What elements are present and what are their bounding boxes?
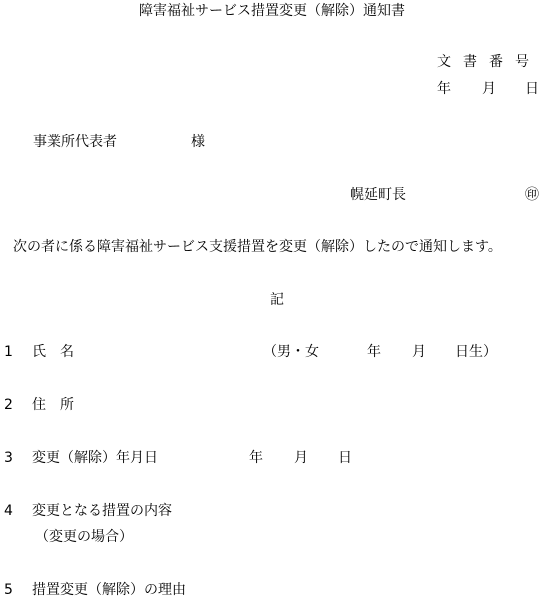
date-year-label: 年 xyxy=(437,82,451,96)
body-text: 次の者に係る障害福祉サービス支援措置を変更（解除）したので通知します。 xyxy=(13,240,502,254)
gender-field: （男・女 xyxy=(263,345,319,359)
item-number: 4 xyxy=(4,504,13,518)
item-label: 変更となる措置の内容 xyxy=(32,504,172,518)
change-day-label: 日 xyxy=(338,451,352,465)
birth-day-label: 日生） xyxy=(455,345,497,359)
item-label: 変更（解除）年月日 xyxy=(32,451,158,465)
date-month-label: 月 xyxy=(482,82,496,96)
item-label: 措置変更（解除）の理由 xyxy=(32,583,186,597)
item-number: 5 xyxy=(4,583,13,597)
change-month-label: 月 xyxy=(294,451,308,465)
item-number: 2 xyxy=(4,398,13,412)
birth-year-label: 年 xyxy=(367,345,381,359)
date-day-label: 日 xyxy=(525,82,539,96)
birth-month-label: 月 xyxy=(412,345,426,359)
doc-number-label: 文書番号 xyxy=(437,55,541,69)
item-number: 3 xyxy=(4,451,13,465)
item-label: 住 所 xyxy=(32,398,74,412)
seal-icon: ㊞ xyxy=(525,188,539,202)
issuer-name: 幌延町長 xyxy=(350,188,406,202)
addressee-honorific: 様 xyxy=(191,135,205,149)
note-heading: 記 xyxy=(270,293,284,307)
document-title: 障害福祉サービス措置変更（解除）通知書 xyxy=(139,4,405,18)
item-sublabel: （変更の場合） xyxy=(35,530,133,544)
item-number: 1 xyxy=(4,345,13,359)
item-label: 氏 名 xyxy=(32,345,74,359)
addressee-label: 事業所代表者 xyxy=(33,135,117,149)
change-year-label: 年 xyxy=(249,451,263,465)
